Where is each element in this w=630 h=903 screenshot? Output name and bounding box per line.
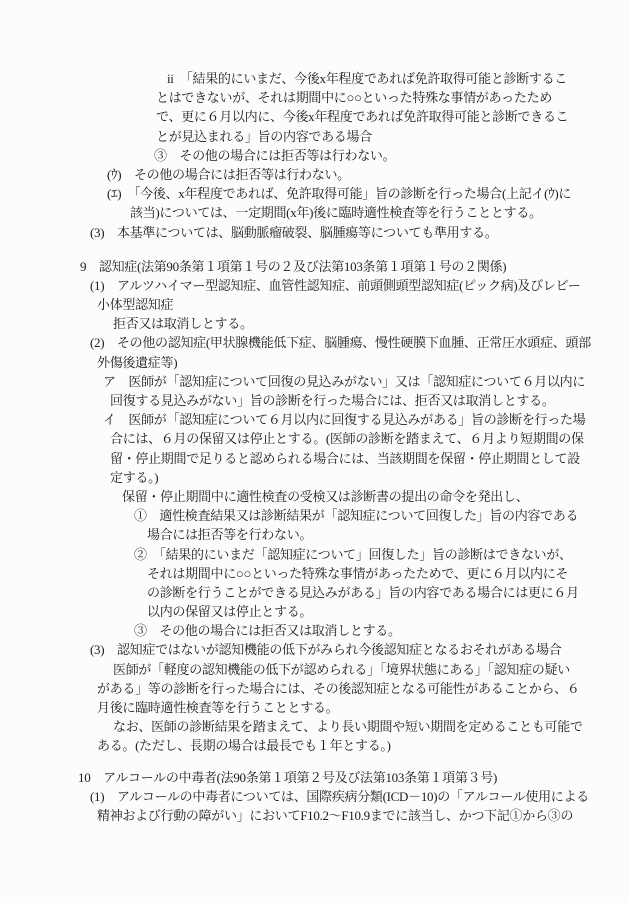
document-line: (1) アルコールの中毒者については、国際疾病分類(ICD－10)の「アルコール… <box>0 787 630 806</box>
document-line: それは期間中に○○といった特殊な事情があったためで、更に６月以内にそ <box>0 564 630 583</box>
document-line: 外傷後遺症等) <box>0 353 630 372</box>
document-line: (1) アルツハイマー型認知症、血管性認知症、前頭側頭型認知症(ピック病)及びレ… <box>0 276 630 295</box>
document-line: (2) その他の認知症(甲状腺機能低下症、脳腫瘍、慢性硬膜下血腫、正常圧水頭症、… <box>0 333 630 352</box>
document-line: (ｴ) 「今後、x年程度であれば、免許取得可能」旨の診断を行った場合(上記イ(ｳ… <box>0 184 630 203</box>
document-line: なお、医師の診断結果を踏まえて、より長い期間や短い期間を定めることも可能で <box>0 717 630 736</box>
document-line: 定する。) <box>0 468 630 487</box>
document-line: ② 「結果的にいまだ「認知症について」回復した」旨の診断はできないが、 <box>0 545 630 564</box>
document-line: がある」等の診断を行った場合には、その後認知症となる可能性があることから、６ <box>0 679 630 698</box>
document-line: ある。(ただし、長期の場合は最長でも１年とする。) <box>0 736 630 755</box>
document-line: 小体型認知症 <box>0 295 630 314</box>
document-line: 以内の保留又は停止とする。 <box>0 602 630 621</box>
document-line: ii 「結果的にいまだ、今後x年程度であれば免許取得可能と診断するこ <box>0 69 630 88</box>
document-line: 回復する見込みがない」旨の診断を行った場合には、拒否又は取消しとする。 <box>0 391 630 410</box>
document-line: (3) 本基準については、脳動脈瘤破裂、脳腫瘍等についても準用する。 <box>0 223 630 242</box>
document-line: 留・停止期間で足りると認められる場合には、当該期間を保留・停止期間として設 <box>0 449 630 468</box>
document-line: 精神および行動の障がい」においてF10.2～F10.9までに該当し、かつ下記①か… <box>0 806 630 825</box>
document-line: (3) 認知症ではないが認知機能の低下がみられ今後認知症となるおそれがある場合 <box>0 640 630 659</box>
document-line: 場合には拒否等を行わない。 <box>0 525 630 544</box>
document-line: (ｳ) その他の場合には拒否等は行わない。 <box>0 165 630 184</box>
document-page: ii 「結果的にいまだ、今後x年程度であれば免許取得可能と診断することはできない… <box>0 0 630 903</box>
document-line: 月後に臨時適性検査等を行うこととする。 <box>0 698 630 717</box>
document-body: ii 「結果的にいまだ、今後x年程度であれば免許取得可能と診断することはできない… <box>0 0 630 825</box>
document-line: ア 医師が「認知症について回復の見込みがない」又は「認知症について６月以内に <box>0 372 630 391</box>
document-line: ① 適性検査結果又は診断結果が「認知症について回復した」旨の内容である <box>0 506 630 525</box>
document-line: ③ その他の場合には拒否等は行わない。 <box>0 146 630 165</box>
document-line: の診断を行うことができる見込みがある」旨の内容である場合には更に６月 <box>0 583 630 602</box>
document-line: ③ その他の場合には拒否又は取消しとする。 <box>0 621 630 640</box>
document-line: で、更に６月以内に、今後x年程度であれば免許取得可能と診断できるこ <box>0 107 630 126</box>
document-line: 9 認知症(法第90条第１項第１号の２及び法第103条第１項第１号の２関係) <box>0 257 630 276</box>
document-line: とはできないが、それは期間中に○○といった特殊な事情があったため <box>0 88 630 107</box>
document-line: 拒否又は取消しとする。 <box>0 314 630 333</box>
document-line: イ 医師が「認知症について６月以内に回復する見込みがある」旨の診断を行った場 <box>0 410 630 429</box>
document-line: 合には、６月の保留又は停止とする。(医師の診断を踏まえて、６月より短期間の保 <box>0 429 630 448</box>
document-line: 10 アルコールの中毒者(法90条第１項第２号及び法第103条第１項第３号) <box>0 768 630 787</box>
document-line: 医師が「軽度の認知機能の低下が認められる」「境界状態にある」「認知症の疑い <box>0 660 630 679</box>
document-line: とが見込まれる」旨の内容である場合 <box>0 127 630 146</box>
document-line: 保留・停止期間中に適性検査の受検又は診断書の提出の命令を発出し、 <box>0 487 630 506</box>
document-line: 該当)については、一定期間(x年)後に臨時適性検査等を行うこととする。 <box>0 203 630 222</box>
